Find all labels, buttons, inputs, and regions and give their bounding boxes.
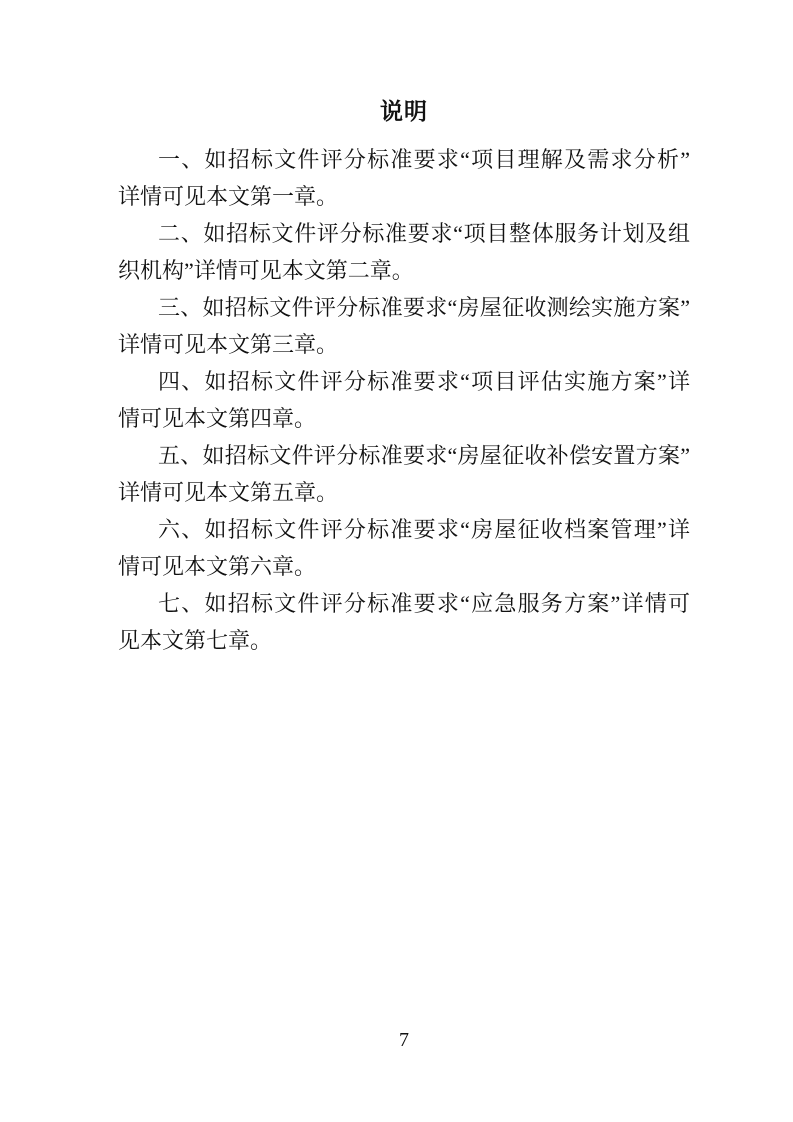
paragraph-2-line-2: 织机构”详情可见本文第二章。 — [118, 252, 690, 289]
page-title: 说明 — [118, 95, 690, 129]
document-body: 一、如招标文件评分标准要求“项目理解及需求分析” 详情可见本文第一章。 二、如招… — [118, 141, 690, 659]
page-number: 7 — [118, 1028, 690, 1052]
paragraph-7-line-1: 七、如招标文件评分标准要求“应急服务方案”详情可 — [118, 585, 690, 622]
paragraph-6-line-1: 六、如招标文件评分标准要求“房屋征收档案管理”详 — [118, 511, 690, 548]
paragraph-1-line-2: 详情可见本文第一章。 — [118, 178, 690, 215]
paragraph-7-line-2: 见本文第七章。 — [118, 622, 690, 659]
paragraph-5: 五、如招标文件评分标准要求“房屋征收补偿安置方案” 详情可见本文第五章。 — [118, 437, 690, 511]
paragraph-3-line-1: 三、如招标文件评分标准要求“房屋征收测绘实施方案” — [118, 289, 690, 326]
paragraph-6: 六、如招标文件评分标准要求“房屋征收档案管理”详 情可见本文第六章。 — [118, 511, 690, 585]
paragraph-3: 三、如招标文件评分标准要求“房屋征收测绘实施方案” 详情可见本文第三章。 — [118, 289, 690, 363]
paragraph-2: 二、如招标文件评分标准要求“项目整体服务计划及组 织机构”详情可见本文第二章。 — [118, 215, 690, 289]
paragraph-5-line-1: 五、如招标文件评分标准要求“房屋征收补偿安置方案” — [118, 437, 690, 474]
paragraph-1-line-1: 一、如招标文件评分标准要求“项目理解及需求分析” — [118, 141, 690, 178]
paragraph-4-line-2: 情可见本文第四章。 — [118, 400, 690, 437]
paragraph-4-line-1: 四、如招标文件评分标准要求“项目评估实施方案”详 — [118, 363, 690, 400]
paragraph-6-line-2: 情可见本文第六章。 — [118, 548, 690, 585]
document-page: 说明 一、如招标文件评分标准要求“项目理解及需求分析” 详情可见本文第一章。 二… — [0, 0, 793, 1122]
paragraph-1: 一、如招标文件评分标准要求“项目理解及需求分析” 详情可见本文第一章。 — [118, 141, 690, 215]
paragraph-4: 四、如招标文件评分标准要求“项目评估实施方案”详 情可见本文第四章。 — [118, 363, 690, 437]
paragraph-3-line-2: 详情可见本文第三章。 — [118, 326, 690, 363]
paragraph-5-line-2: 详情可见本文第五章。 — [118, 474, 690, 511]
paragraph-2-line-1: 二、如招标文件评分标准要求“项目整体服务计划及组 — [118, 215, 690, 252]
paragraph-7: 七、如招标文件评分标准要求“应急服务方案”详情可 见本文第七章。 — [118, 585, 690, 659]
